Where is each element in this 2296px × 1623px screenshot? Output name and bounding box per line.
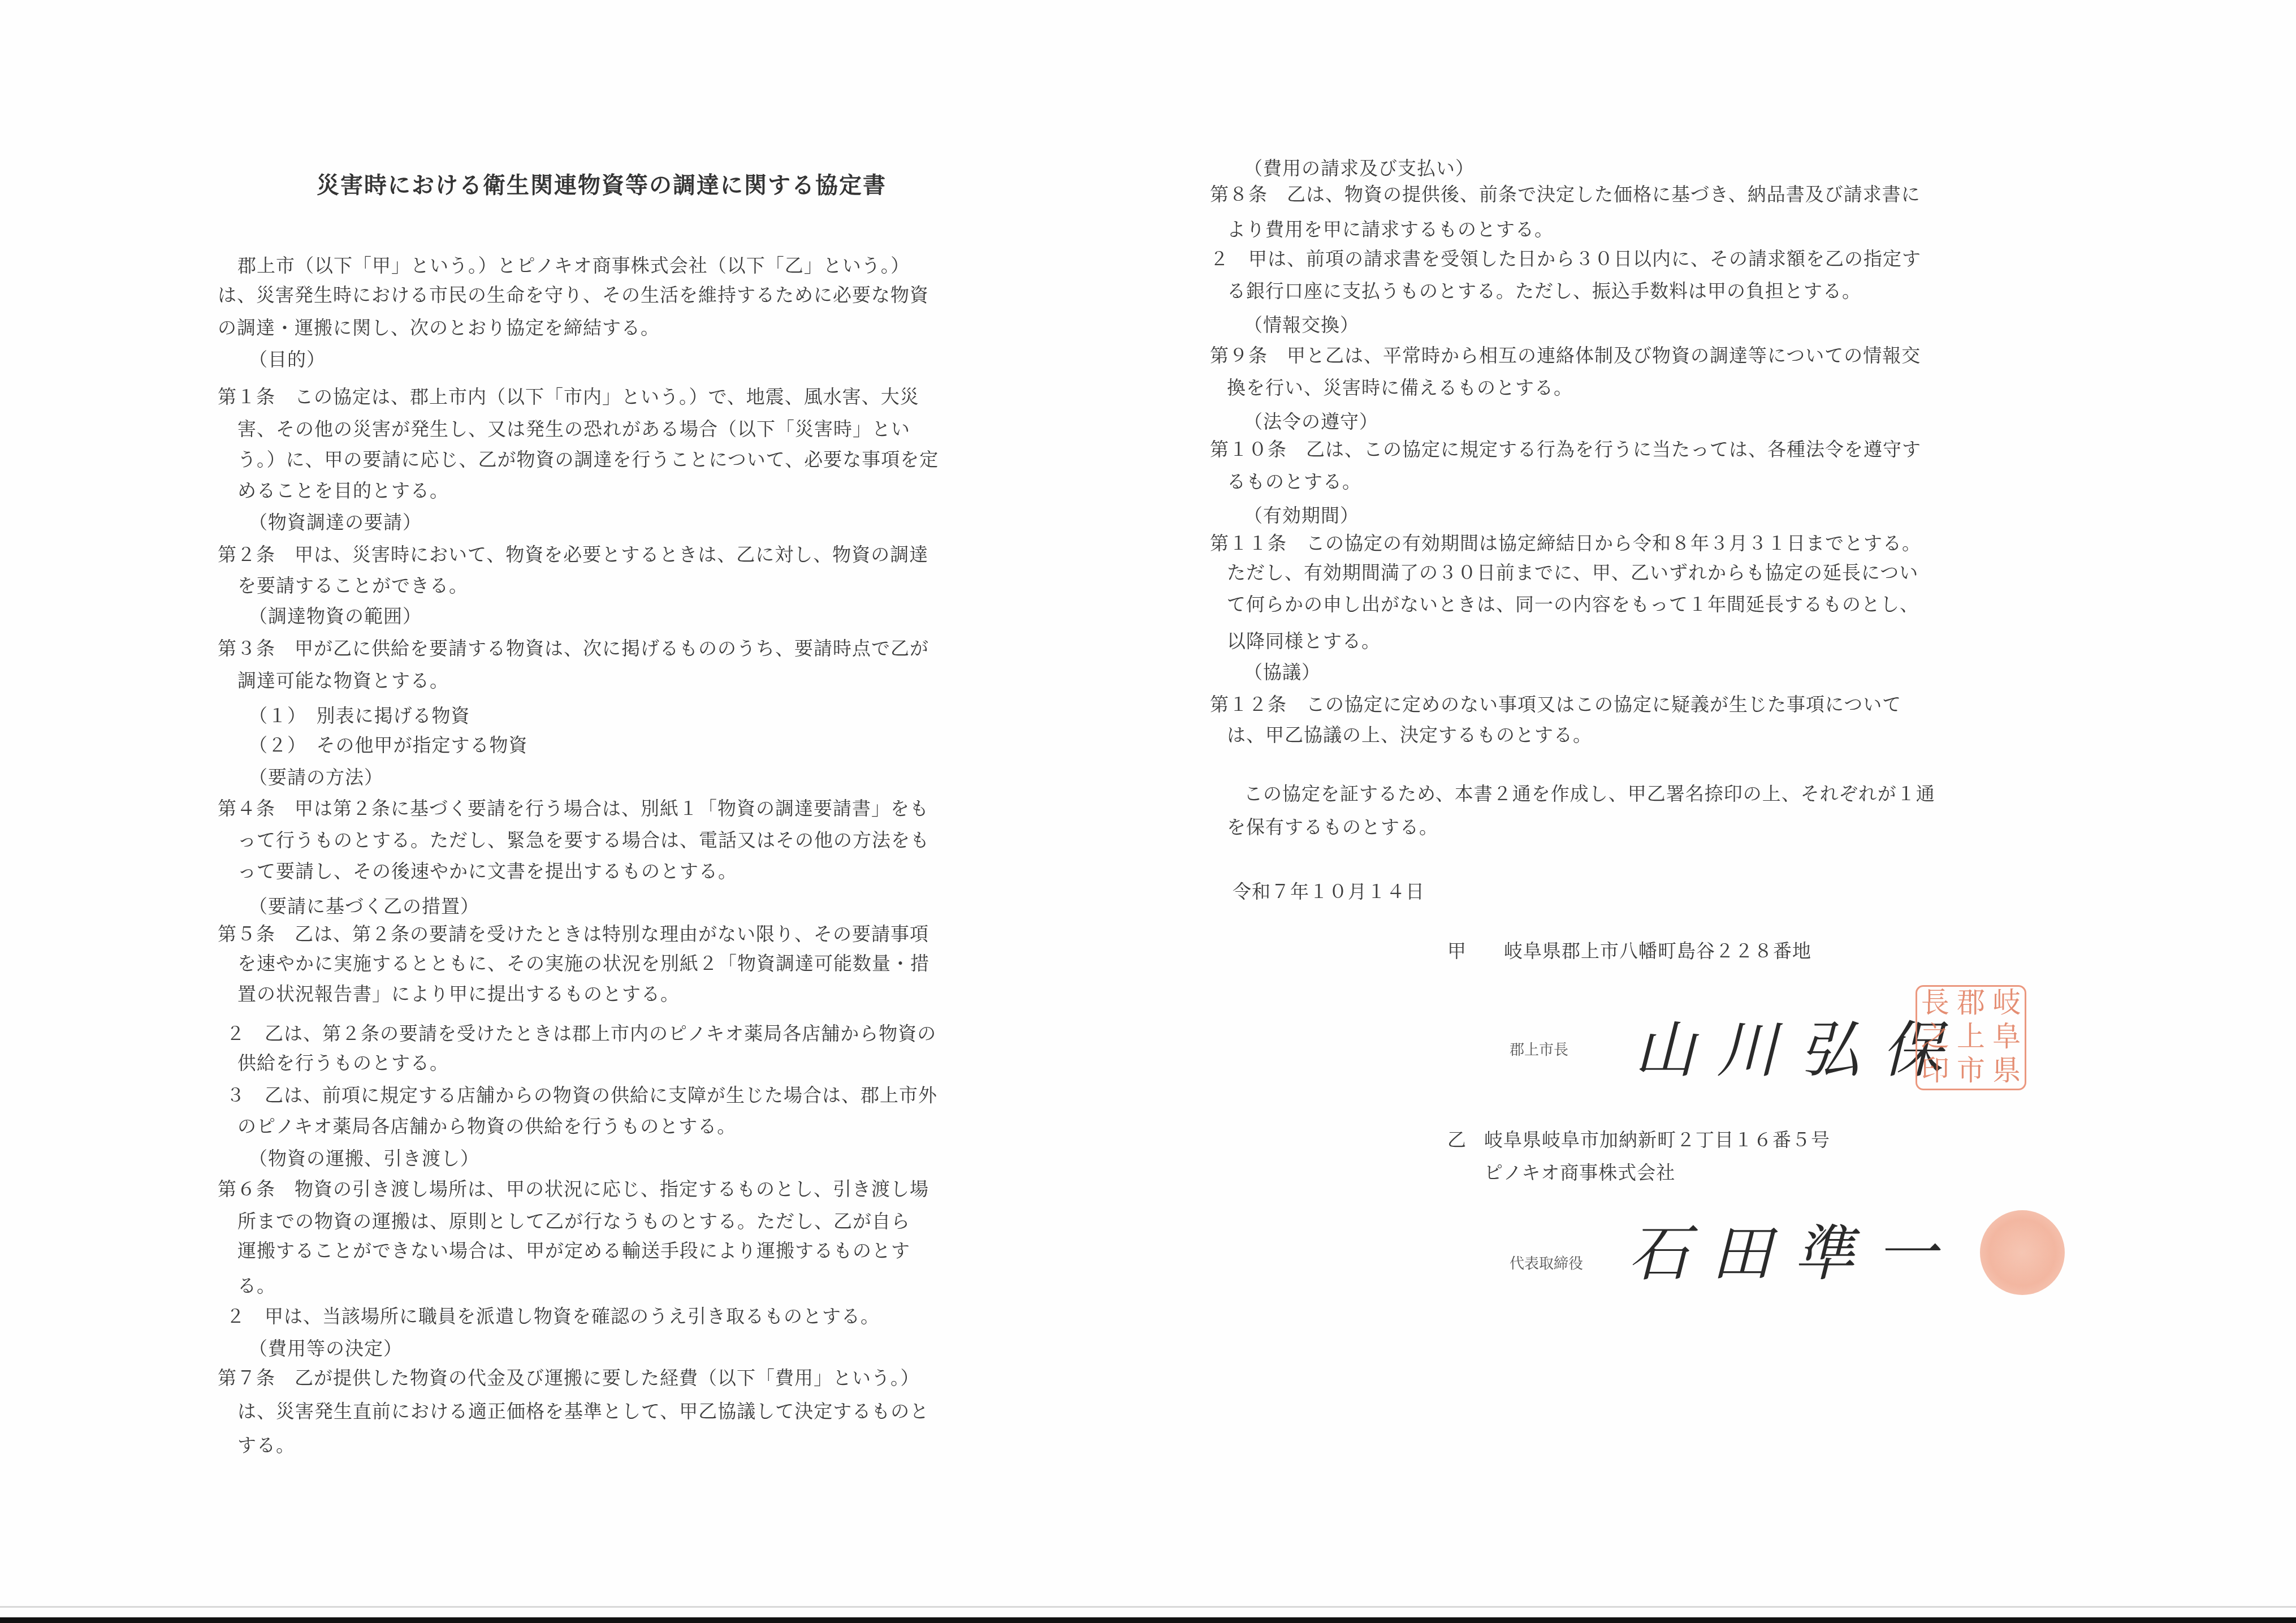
text-line: （物資調達の要請） xyxy=(249,510,422,535)
party-a-label: 甲 xyxy=(1447,939,1467,964)
text-line: ただし、有効期間満了の３０日前までに、甲、乙いずれからも協定の延長につい xyxy=(1227,560,1918,585)
text-line: て何らかの申し出がないときは、同一の内容をもって１年間延長するものとし、 xyxy=(1227,592,1919,617)
document-title: 災害時における衛生関連物資等の調達に関する協定書 xyxy=(317,167,887,200)
city-mayor-seal: 長郡岐之上阜印市県 xyxy=(1916,985,2026,1090)
text-line: （情報交換） xyxy=(1244,313,1359,338)
text-line: 第８条 乙は、物資の提供後、前条で決定した価格に基づき、納品書及び請求書に xyxy=(1210,182,1921,207)
party-b-title: 代表取締役 xyxy=(1510,1252,1583,1273)
text-line: る。 xyxy=(237,1274,276,1298)
text-line: （要請の方法） xyxy=(249,765,383,790)
text-line: るものとする。 xyxy=(1227,469,1361,494)
text-line: の調達・運搬に関し、次のとおり協定を締結する。 xyxy=(218,316,660,340)
text-line: う。）に、甲の要請に応じ、乙が物資の調達を行うことについて、必要な事項を定 xyxy=(237,447,939,472)
text-line: 第５条 乙は、第２条の要請を受けたときは特別な理由がない限り、その要請事項 xyxy=(218,922,929,947)
text-line: （法令の遵守） xyxy=(1244,409,1378,434)
text-line: この協定を証するため、本書２通を作成し、甲乙署名捺印の上、それぞれが１通 xyxy=(1244,782,1935,806)
text-line: 令和７年１０月１４日 xyxy=(1233,879,1425,904)
text-line: 第１１条 この協定の有効期間は協定締結日から令和８年３月３１日までとする。 xyxy=(1210,531,1921,556)
seal-char: 岐 xyxy=(1989,987,2025,1021)
text-line: 第６条 物資の引き渡し場所は、甲の状況に応じ、指定するものとし、引き渡し場 xyxy=(218,1177,929,1202)
party-b-label: 乙 xyxy=(1447,1128,1467,1152)
text-line: は、災害発生直前における適正価格を基準として、甲乙協議して決定するものと xyxy=(237,1399,929,1424)
text-line: を保有するものとする。 xyxy=(1227,815,1438,840)
text-line: （有効期間） xyxy=(1244,503,1359,528)
text-line: めることを目的とする。 xyxy=(237,478,449,503)
text-line: 換を行い、災害時に備えるものとする。 xyxy=(1227,375,1573,400)
scan-bottom-edge xyxy=(0,1617,2296,1623)
text-line: る銀行口座に支払うものとする。ただし、振込手数料は甲の負担とする。 xyxy=(1227,279,1861,304)
text-line: を速やかに実施するとともに、その実施の状況を別紙２「物資調達可能数量・措 xyxy=(237,951,929,976)
text-line: 郡上市（以下「甲」という。）とピノキオ商事株式会社（以下「乙」という。） xyxy=(237,253,910,278)
text-line: 供給を行うものとする。 xyxy=(237,1051,449,1076)
text-line: 第２条 甲は、災害時において、物資を必要とするときは、乙に対し、物資の調達 xyxy=(218,542,928,567)
text-line: （協議） xyxy=(1244,660,1321,685)
text-line: する。 xyxy=(237,1433,295,1458)
text-line: （２） その他甲が指定する物資 xyxy=(249,733,528,758)
text-line: （費用の請求及び支払い） xyxy=(1244,156,1475,181)
text-line: 所までの物資の運搬は、原則として乙が行なうものとする。ただし、乙が自ら xyxy=(237,1209,910,1234)
text-line: 第４条 甲は第２条に基づく要請を行う場合は、別紙１「物資の調達要請書」をも xyxy=(218,796,929,821)
text-line: 第１条 この協定は、郡上市内（以下「市内」という。）で、地震、風水害、大災 xyxy=(218,385,919,409)
seal-char: 印 xyxy=(1917,1055,1953,1089)
text-line: より費用を甲に請求するものとする。 xyxy=(1227,217,1554,242)
company-seal xyxy=(1980,1210,2065,1295)
text-line: 置の状況報告書」により甲に提出するものとする。 xyxy=(237,982,680,1007)
text-line: ２ 甲は、当該場所に職員を派遣し物資を確認のうえ引き取るものとする。 xyxy=(226,1304,880,1329)
text-line: 運搬することができない場合は、甲が定める輸送手段により運搬するものとす xyxy=(237,1238,910,1263)
text-line: のピノキオ薬局各店舗から物資の供給を行うものとする。 xyxy=(237,1114,736,1139)
party-a-title: 郡上市長 xyxy=(1510,1038,1568,1059)
text-line: って行うものとする。ただし、緊急を要する場合は、電話又はその他の方法をも xyxy=(237,828,929,853)
seal-char: 郡 xyxy=(1953,987,1988,1021)
text-line: （要請に基づく乙の措置） xyxy=(249,894,479,919)
text-line: 第１０条 乙は、この協定に規定する行為を行うに当たっては、各種法令を遵守す xyxy=(1210,437,1921,462)
text-line: は、災害発生時における市民の生命を守り、その生活を維持するために必要な物資 xyxy=(218,283,929,308)
text-line: （調達物資の範囲） xyxy=(249,604,422,629)
scan-artifact-line xyxy=(0,1606,2296,1608)
text-line: （１） 別表に掲げる物資 xyxy=(249,703,470,728)
party-b-company: ピノキオ商事株式会社 xyxy=(1484,1160,1675,1185)
text-line: （費用等の決定） xyxy=(249,1336,403,1361)
text-line: を要請することができる。 xyxy=(237,573,468,598)
party-a-address: 岐阜県郡上市八幡町島谷２２８番地 xyxy=(1504,939,1811,964)
party-a-signature: 山川弘保 xyxy=(1634,1001,1964,1089)
text-line: 調達可能な物資とする。 xyxy=(237,668,449,693)
text-line: ３ 乙は、前項に規定する店舗からの物資の供給に支障が生じた場合は、郡上市外 xyxy=(226,1083,937,1108)
seal-char: 県 xyxy=(1989,1055,2025,1089)
text-line: 以降同様とする。 xyxy=(1227,629,1381,654)
text-line: ２ 甲は、前項の請求書を受領した日から３０日以内に、その請求額を乙の指定す xyxy=(1210,247,1921,271)
seal-char: 之 xyxy=(1917,1021,1953,1055)
text-line: （目的） xyxy=(249,347,326,372)
text-line: 第１２条 この協定に定めのない事項又はこの協定に疑義が生じた事項について xyxy=(1210,692,1901,717)
text-line: 第９条 甲と乙は、平常時から相互の連絡体制及び物資の調達等についての情報交 xyxy=(1210,343,1921,368)
seal-char: 阜 xyxy=(1989,1021,2025,1055)
party-b-address: 岐阜県岐阜市加納新町２丁目１６番５号 xyxy=(1484,1128,1830,1152)
seal-char: 上 xyxy=(1953,1021,1988,1055)
seal-char: 市 xyxy=(1953,1055,1988,1089)
text-line: ２ 乙は、第２条の要請を受けたときは郡上市内のピノキオ薬局各店舗から物資の xyxy=(226,1021,936,1046)
text-line: 害、その他の災害が発生し、又は発生の恐れがある場合（以下「災害時」とい xyxy=(237,417,910,442)
text-line: 第３条 甲が乙に供給を要請する物資は、次に掲げるもののうち、要請時点で乙が xyxy=(218,636,929,661)
party-b-signature: 石田準一 xyxy=(1628,1205,1958,1292)
text-line: は、甲乙協議の上、決定するものとする。 xyxy=(1227,723,1592,748)
scanned-agreement-page: 災害時における衛生関連物資等の調達に関する協定書 郡上市（以下「甲」という。）と… xyxy=(0,0,2296,1623)
seal-char: 長 xyxy=(1917,987,1953,1021)
text-line: って要請し、その後速やかに文書を提出するものとする。 xyxy=(237,859,737,884)
text-line: 第７条 乙が提供した物資の代金及び運搬に要した経費（以下「費用」という。） xyxy=(218,1366,920,1391)
text-line: （物資の運搬、引き渡し） xyxy=(249,1146,479,1171)
